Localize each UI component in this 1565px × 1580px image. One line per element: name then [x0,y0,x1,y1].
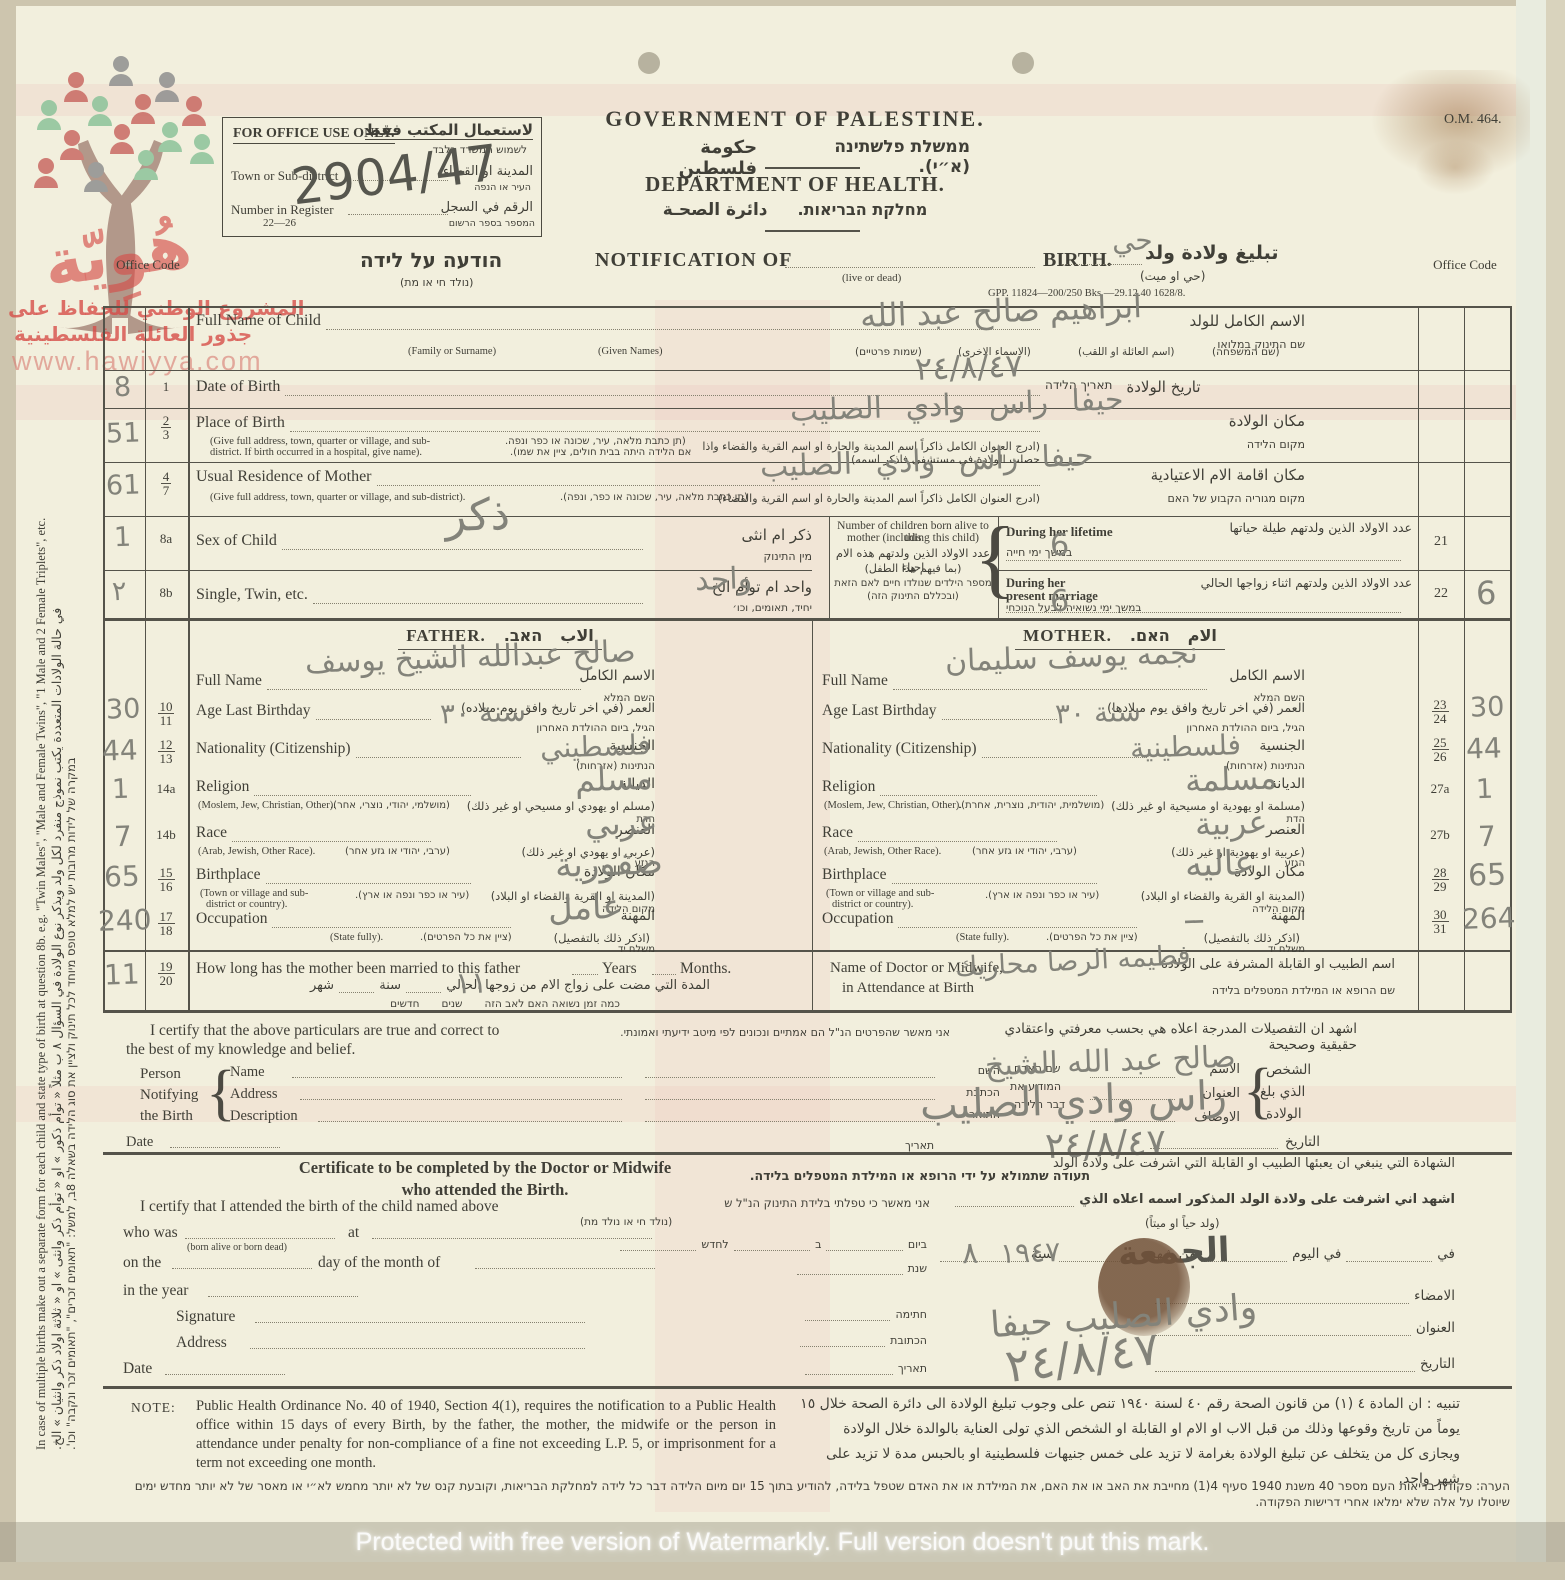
married-years-line [572,974,598,975]
table-border-top [103,306,1512,308]
notifier-he-date-label: תאריך [905,1139,934,1152]
father-religion-code: 14a [146,780,186,798]
doctor-cert-he-sig-line: חתימה [800,1308,927,1321]
table-vline-codes-left [188,306,190,1012]
doctor-cert-ar-1-line: اشهد اني اشرفت على ولادة الولد المذكور ا… [950,1192,1455,1207]
father-race-sub-en: (Arab, Jewish, Other Race). [198,846,315,857]
married-month-ar: شهر [310,978,334,993]
note-label: NOTE: [131,1400,176,1416]
office-box-title-ar: لاستعمال المكتب فقط [365,121,533,140]
mother-religion-label: Religion [822,778,875,796]
father-age-margin-handwritten: 30 [105,693,140,725]
father-age-code: 1011 [146,700,186,730]
residence-sub-en: (Give full address, town, quarter or vil… [210,492,465,503]
doctor-cert-date: Date [123,1360,152,1378]
doctor-cert-he-1: אני מאשר כי טפלתי בלידת התינוק הנ"ל ש [640,1196,930,1210]
residence-code: 47 [146,470,186,500]
certify-statement-en-2: the best of my knowledge and belief. [126,1041,355,1059]
notification-blank-line [785,267,1035,268]
doctor-cert-at: at [348,1224,359,1242]
header-rule-1 [765,167,860,169]
mother-race-label: Race [822,824,853,842]
father-birthplace-value-handwritten: صفورية [554,842,663,886]
register-number-he: המספר בספר הרשום [449,218,535,229]
live-or-dead-value-handwritten: حي [1111,223,1153,257]
doctor-cert-ar-date-line: التاريخ [1150,1356,1455,1372]
doctor-cert-ar-sub: (ولد حياً او ميتاً) [1145,1216,1219,1230]
table-hline-4 [103,516,1512,517]
table-border-bottom [103,1010,1512,1013]
pob-sub-he-2: אם הלידה היתה בבית חולים, ציין את שמו). [510,447,691,458]
pob-sub-en-1: (Give full address, town, quarter or vil… [210,436,430,447]
married-label-he: כמה זמן נשואה האם לאב הזה [484,998,620,1010]
doctor-cert-ar-1: اشهد اني اشرفت على ولادة الولد المذكور ا… [1079,1192,1455,1207]
sex-value-handwritten: ذكر [444,489,511,542]
note-divider [103,1386,1512,1389]
pob-code: 23 [146,414,186,444]
notifier-date-label: Date [126,1134,153,1151]
mother-birthplace-row: Birthplace [822,866,1102,884]
father-race-margin-handwritten: 7 [113,820,132,854]
father-religion-label: Religion [196,778,249,796]
father-occupation-value-handwritten: عامل [547,887,623,930]
notifier-address-line-2 [645,1099,935,1100]
mother-religion-sub-ar: (مسلمة او يهودية او مسيحية او غير ذلك) [1060,799,1305,813]
mother-birthplace-sub-en-2: district or country). [832,899,913,910]
mother-occupation-label-ar: المهنة [1240,908,1305,924]
father-occupation-sub-he: (ציין את כל הפרטים). [420,932,512,943]
certify-statement-en-1: I certify that the above particulars are… [150,1022,499,1040]
father-birthplace-sub-he: (עיר או כפר ונפה או ארץ). [355,890,469,901]
table-vline-sex-children [829,516,830,620]
mother-age-label: Age Last Birthday [822,702,937,720]
doctor-cert-signature-line [255,1322,585,1323]
married-code: 1920 [146,960,186,990]
mother-occupation-sub-ar: (اذكر ذلك بالتفصيل) [1175,931,1300,945]
notifier-description-label: Description [230,1108,298,1125]
father-religion-margin-handwritten: 1 [111,774,129,806]
dob-label: Date of Birth [196,378,280,396]
doctor-cert-he-sub: (נולד חי או נולד מת) [580,1216,672,1228]
single-twin-margin-code-handwritten: ٢ [111,576,127,607]
father-age-label: Age Last Birthday [196,702,311,720]
doctor-cert-who-was: who was [123,1224,178,1242]
mother-birthplace-code: 2829 [1420,866,1460,896]
doctor-cert-born-line [185,1238,335,1239]
father-race-label: Race [196,824,227,842]
office-code-label-right: Office Code [1420,258,1510,272]
scan-edge-bottom [0,1562,1565,1580]
notification-title-he: הודעה על לידה [360,248,502,272]
mother-age-row: Age Last Birthday [822,702,1062,720]
single-twin-code: 8b [146,584,186,602]
married-months-label: Months. [680,960,731,978]
punch-hole-left [638,52,660,74]
margin-note-he: במקרה של לידות מרובות יש למלא טופס מיוחד… [64,120,78,1450]
doctor-cert-date-line [165,1374,285,1375]
residence-sub-ar: (ادرج العنوان الكامل ذاكراً اسم المدينة … [690,492,1040,505]
doctor-cert-he-year-line: שנת [792,1262,927,1275]
mother-nationality-margin-handwritten: 44 [1465,731,1502,765]
father-religion-row: Religion [196,778,476,796]
pob-sub-en-2: district. If birth occurred in a hospita… [210,447,422,458]
married-months-he: חדשים [390,998,419,1010]
dob-label-ar: تاريخ الولادة [1126,378,1200,396]
married-year-ar: سنة [379,978,401,993]
father-birthplace-sub-en-2: district or country). [206,899,287,910]
mother-race-sub-he: (ערבי, יהודי או גזע אחר) [972,846,1077,857]
pob-label-ar: مكان الولادة [1155,412,1305,430]
child-name-label: Full Name of Child [196,312,321,330]
child-name-sub-family: (Family or Surname) [408,346,496,357]
note-text-he: הערה: פקודת בריאות העם מספר 40 משנת 1940… [115,1478,1510,1510]
single-twin-value-handwritten: واحد [694,561,752,598]
sex-margin-code-handwritten: 1 [113,522,131,554]
residence-label-he: מקום מגוריה הקבוע של האם [1120,492,1305,505]
single-twin-label-he: יחיד, תאומים, וכו׳ [650,602,812,614]
doctor-cert-he-b: ב [815,1238,821,1251]
mother-race-sub-en: (Arab, Jewish, Other Race). [824,846,941,857]
doctor-cert-he-date: תאריך [898,1362,927,1375]
mother-birthplace-margin-handwritten: 65 [1467,857,1506,893]
note-text-en: Public Health Ordinance No. 40 of 1940, … [196,1397,776,1473]
header-rule-2 [765,230,860,232]
notification-birth-en: BIRTH. [1043,249,1112,272]
doctor-cert-year-value-handwritten: ١٩٤٧ [999,1235,1060,1270]
child-name-sub-given: (Given Names) [598,346,662,357]
mother-birthplace-sub-he: (עיר או כפר ונפה או ארץ). [985,890,1099,901]
notifier-ar-title-3: الولادة [1266,1106,1302,1122]
lifetime-value-handwritten: 6 [1049,528,1069,564]
children-block-en-2: mother (including this child) [831,532,995,544]
mother-nationality-code: 2526 [1420,736,1460,766]
doctor-cert-he-date-line: תאריך [800,1362,927,1375]
doctor-cert-month-line [475,1268,655,1269]
notifier-title-1: Person [140,1066,181,1083]
government-title-en: GOVERNMENT OF PALESTINE. [560,106,1030,132]
married-margin-handwritten: 11 [103,957,140,991]
sex-label: Sex of Child [196,532,277,550]
residence-label: Usual Residence of Mother [196,468,372,486]
father-religion-value-handwritten: مسلم [574,759,653,800]
mother-occupation-margin-handwritten: 264 [1461,901,1516,936]
father-occupation-margin-handwritten: 240 [97,903,152,938]
married-label-ar-line: المدة التي مضت على زواج الام من زوجها ال… [310,978,710,993]
father-name-label: Full Name [196,672,262,690]
notifier-description-line-1 [318,1121,622,1122]
office-code-label-left: Office Code [106,258,190,272]
doctor-cert-ar-date: التاريخ [1420,1356,1455,1372]
register-number-ar: الرقم في السجل [441,200,533,215]
notification-blank-ar [1062,264,1142,265]
notifier-date-line [170,1147,280,1148]
mother-occupation-value-handwritten: ــ [1184,896,1203,932]
mother-occupation-sub-en: (State fully). [956,932,1009,943]
doctor-cert-on-the: on the [123,1254,161,1272]
marriage-value-handwritten: 6 [1049,584,1069,620]
sex-code: 8a [146,530,186,548]
doctor-cert-he-addr-line: הכתובת [795,1334,927,1347]
father-birthplace-margin-handwritten: 65 [103,859,140,893]
table-vline-codes-right [1418,306,1419,1012]
single-twin-label: Single, Twin, etc. [196,586,308,604]
doctor-cert-he-address: הכתובת [890,1334,927,1347]
father-birthplace-label: Birthplace [196,866,261,884]
mother-age-value-handwritten: سنة ٣٠ [1054,695,1141,731]
father-birthplace-code: 1516 [146,866,186,896]
table-hline-1 [103,370,1512,371]
marriage-label-ar: عدد الاولاد الذين ولدتهم اثناء زواجها ال… [1150,576,1412,590]
children-block-he: מספר הילדים שנולדו חיים לאם הזאת [831,578,995,589]
doctor-cert-born-sub: (born alive or born dead) [187,1242,287,1253]
notifier-name-label: Name [230,1064,265,1081]
notifier-name-line-2 [645,1077,935,1078]
father-religion-sub-en: (Moslem, Jew, Christian, Other). [198,800,336,811]
dob-code: 1 [146,378,186,396]
watermarkly-bar: Protected with free version of Watermark… [0,1522,1565,1562]
doctor-cert-address: Address [176,1334,227,1352]
doctor-cert-year-line [208,1296,358,1297]
mother-religion-sub-en: (Moslem, Jew, Christian, Other). [824,800,962,811]
doctor-cert-day-month: day of the month of [318,1254,440,1272]
notifier-ar-date-label: التاريخ [1285,1134,1320,1150]
mother-religion-value-handwritten: مسلمة [1184,758,1277,799]
pob-sub-he-1: (תן כתבת מלאה, עיר, שכונה או כפר ונפה. [505,436,686,447]
mother-age-code: 2324 [1420,698,1460,728]
midwife-label-he: שם הרופא או המילדת המטפלים בלידה [1120,984,1395,997]
doctor-cert-day-value-handwritten: ٨ [961,1236,978,1272]
father-age-value-handwritten: سنة ٣٠ [439,695,526,731]
father-race-code: 14b [146,826,186,844]
residence-margin-code-handwritten: 61 [105,469,140,501]
notifier-ar-title-2: الذي بلغ [1260,1084,1305,1100]
father-birthplace-sub-en-1: (Town or village and sub- [200,888,308,899]
father-nationality-row: Nationality (Citizenship) [196,740,526,758]
father-race-value-handwritten: عربي [584,803,658,844]
mother-occupation-label-he: משלח יד [1240,944,1305,955]
dob-value-handwritten: ٢٤/٨/٤٧ [914,346,1023,388]
doctor-cert-he-month: לחדש [701,1238,728,1251]
single-twin-row: Single, Twin, etc. [196,586,648,604]
doctor-cert-header-ar: الشهادة التي ينبغي ان يعبئها الطبيب او ا… [1000,1156,1455,1171]
midwife-label-en-2: in Attendance at Birth [842,980,974,997]
lifetime-label-ar: عدد الاولاد الذين ولدتهم طيلة حياتها [1130,520,1412,535]
doctor-cert-ar-signature: الامضاء [1414,1288,1455,1304]
married-value-handwritten: ١١ [454,965,487,1001]
doctor-cert-signature: Signature [176,1308,235,1326]
doctor-cert-day-line [172,1268,312,1269]
doctor-cert-he-byom: ביום [908,1238,927,1251]
father-nationality-code: 1213 [146,738,186,768]
notifier-ar-title-1: الشخص [1266,1062,1311,1078]
sex-label-ar: ذكر ام انثى [650,526,812,544]
doctor-cert-dayword-value-handwritten: الجمعة [1117,1230,1230,1274]
father-occupation-row: Occupation [196,910,516,928]
father-occupation-sub-en: (State fully). [330,932,383,943]
sex-row: Sex of Child [196,532,648,550]
mother-name-label: Full Name [822,672,888,690]
register-number-line [348,214,448,215]
mother-age-margin-handwritten: 30 [1469,691,1504,723]
notification-title-ar-sub: (حي او ميت) [1140,269,1205,283]
marriage-margin-handwritten: 6 [1475,574,1497,613]
scan-edge-top [0,0,1565,6]
mother-birthplace-label: Birthplace [822,866,887,884]
live-or-dead-sub: (live or dead) [842,272,901,284]
margin-note-ar: في حالة الولادات المتعددة يكتب نموذج منف… [49,120,64,1450]
doctor-cert-in-year: in the year [123,1282,188,1300]
mother-occupation-row: Occupation [822,910,1142,928]
om-number: O.M. 464. [1444,112,1502,128]
notifier-description-line-2 [645,1121,935,1122]
doctor-cert-he-signature: חתימה [895,1308,927,1321]
mother-nationality-row: Nationality (Citizenship) [822,740,1152,758]
married-years-label: Years [602,960,637,978]
doctor-cert-ar-yom: في اليوم [1292,1246,1341,1262]
note-text-ar: تنبيه : ان المادة ٤ (١) من قانون الصحة ر… [800,1392,1460,1492]
mother-occupation-code: 3031 [1420,908,1460,938]
mother-race-margin-handwritten: 7 [1477,820,1496,854]
department-title-he: מחלקת הבריאות. [798,200,928,220]
doctor-cert-he-year: שנת [908,1262,927,1275]
certificate-divider [103,1152,1512,1155]
notifier-address-line-1 [300,1099,622,1100]
mother-religion-row: Religion [822,778,1102,796]
notifier-title-2: Notifying [140,1087,198,1104]
notification-title-he-sub: (נולד חי או מת) [400,276,473,289]
dob-margin-code-handwritten: 8 [113,372,131,404]
notifier-title-3: the Birth [140,1108,193,1125]
lifetime-code: 21 [1420,534,1462,550]
table-hline-5b [998,570,1512,571]
children-block-he-sub: (ובכללם התינוק הזה) [831,591,995,602]
scan-edge-right [1546,0,1565,1580]
certify-statement-he: אני מאשר שהפרטים הנ"ל הם אמתיים ונכונים … [600,1026,950,1039]
notifier-address-label: Address [230,1086,278,1103]
marriage-code: 22 [1420,586,1462,602]
watermarkly-text: Protected with free version of Watermark… [0,1528,1565,1557]
notifier-ar-date-line [1150,1148,1278,1149]
mother-religion-code: 27a [1420,780,1460,798]
register-number-range: 22—26 [263,217,296,229]
mother-occupation-sub-he: (ציין את כל הפרטים). [1046,932,1138,943]
father-occupation-label-he: משלח יד [590,944,655,955]
mother-birthplace-value-handwritten: عاليه [1184,843,1255,885]
residence-label-ar: مكان اقامة الام الاعتيادية [1120,466,1305,484]
father-race-sub-he: (ערבי, יהודי או גזע אחר) [345,846,450,857]
father-race-row: Race [196,824,436,842]
father-nationality-margin-handwritten: 44 [101,733,138,767]
scan-edge-left [0,0,16,1580]
midwife-value-handwritten: فطيمه الرصا محاريك [954,940,1191,983]
mother-occupation-label: Occupation [822,910,893,928]
stain-top-right-2 [1415,140,1495,195]
table-hline-6 [103,618,1512,621]
margin-note-en: In case of multiple births make out a se… [34,120,49,1450]
married-months-line [652,974,676,975]
department-title-ar: دائرة الصحـة [663,200,768,220]
doctor-cert-header-en-1: Certificate to be completed by the Docto… [205,1158,765,1178]
doctor-cert-en-1: I certify that I attended the birth of t… [140,1198,499,1216]
mother-nationality-label: Nationality (Citizenship) [822,740,977,758]
notification-title-ar: تبليغ ولادة ولد [1145,242,1278,264]
doctor-cert-he-day-line: ביום ב לחדש [615,1238,927,1251]
children-block-ar-sub: (بما فيهم هذا الطفل) [831,562,995,575]
doctor-cert-ar-fi: في [1437,1246,1455,1262]
department-title-en: DEPARTMENT OF HEALTH. [585,172,1005,197]
doctor-cert-at-line [372,1238,652,1239]
child-name-label-he: שם התינוק במלואו [1045,338,1305,351]
office-use-box: FOR OFFICE USE ONLY. لاستعمال المكتب فقط… [222,117,542,237]
mother-race-code: 27b [1420,826,1460,844]
doctor-cert-address-line [250,1348,585,1349]
mother-race-value-handwritten: عربية [1194,803,1268,844]
pob-label-he: מקום הלידה [1155,438,1305,451]
department-title-bilingual: دائرة الصحـة מחלקת הבריאות. [620,200,970,220]
punch-hole-right [1012,52,1034,74]
father-nationality-label: Nationality (Citizenship) [196,740,351,758]
mother-birthplace-sub-en-1: (Town or village and sub- [826,888,934,899]
mother-race-row: Race [822,824,1062,842]
table-vline-father-mother [812,620,813,1012]
pob-label: Place of Birth [196,414,285,432]
notification-title-en: NOTIFICATION OF [595,249,792,272]
scanned-birth-notification-form: هُوِيّة المشروع الوطني للحفاظ على جذور ا… [0,0,1565,1580]
father-occupation-label: Occupation [196,910,267,928]
doctor-cert-ar-address: العنوان [1416,1320,1455,1336]
notifier-name-line-1 [292,1077,622,1078]
pob-margin-code-handwritten: 51 [105,417,140,449]
father-occupation-sub-ar: (اذكر ذلك بالتفصيل) [525,931,650,945]
child-name-sub-he-given: (שמות פרטיים) [855,346,922,358]
scan-edge-right-fold [1516,0,1546,1580]
father-birthplace-row: Birthplace [196,866,476,884]
multiple-births-margin-note: In case of multiple births make out a se… [34,120,78,1450]
mother-religion-margin-handwritten: 1 [1475,774,1493,806]
